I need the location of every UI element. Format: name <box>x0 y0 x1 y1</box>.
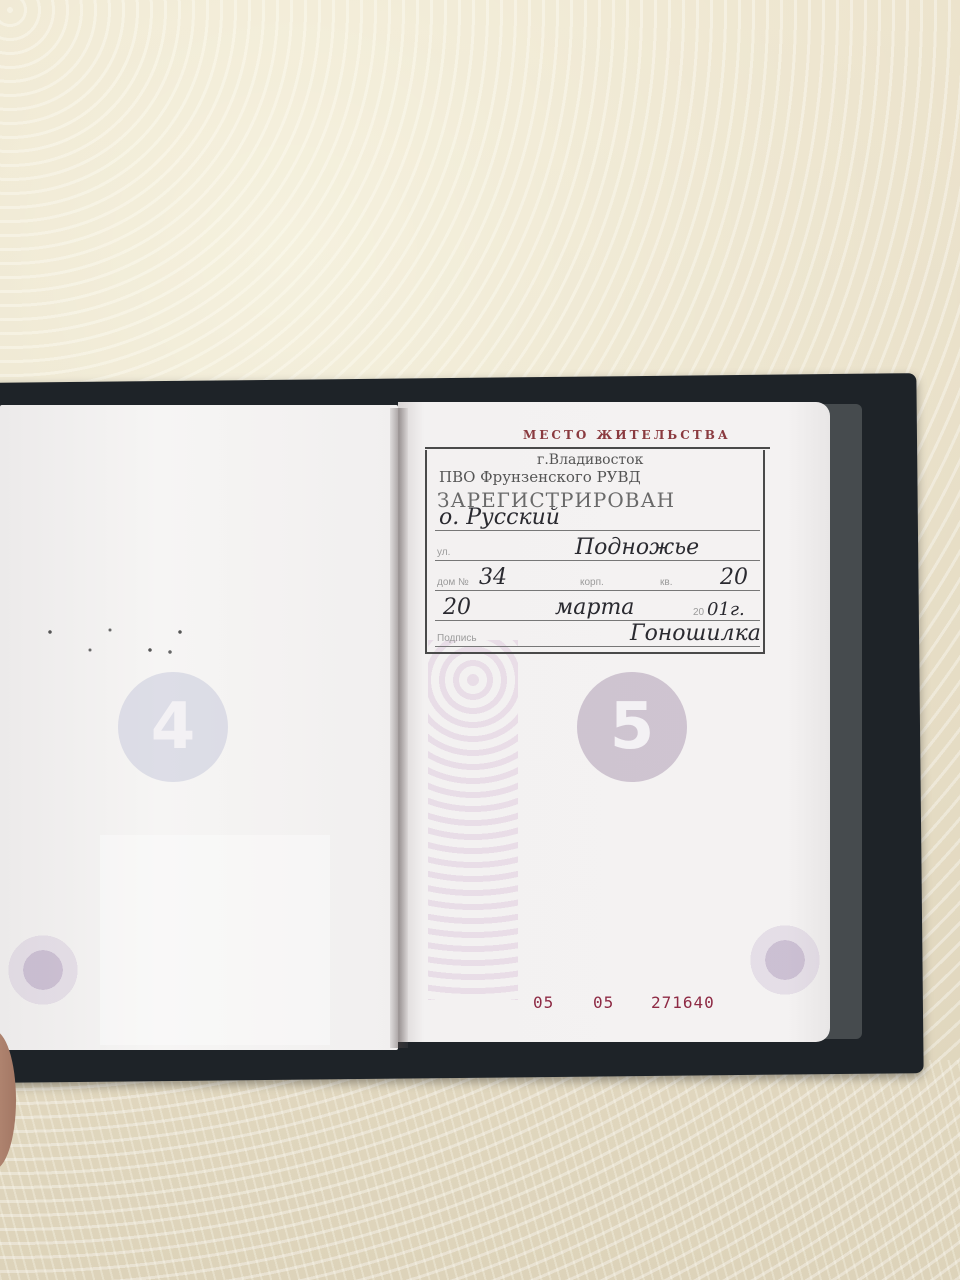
page-number-label: 4 <box>151 690 196 764</box>
ink-specks <box>30 620 270 660</box>
house-value: 34 <box>479 565 507 590</box>
field-street: ул. Подножье <box>435 536 760 561</box>
rosette-ornament-icon <box>750 925 820 995</box>
date-month: марта <box>555 595 634 620</box>
tablecloth-pattern <box>0 1060 960 1280</box>
field-locality: о. Русский <box>435 506 760 531</box>
year-suffix: 01г. <box>707 599 745 620</box>
street-value: Подножье <box>575 535 699 560</box>
year-prefix: 20 <box>693 607 704 618</box>
stamp-city: г.Владивосток <box>537 452 643 468</box>
street-label: ул. <box>437 547 450 558</box>
watermark-ornament <box>428 640 518 1000</box>
field-date: 20 марта 20 01г. <box>435 596 760 621</box>
page-gutter <box>390 408 408 1048</box>
page-number-5: 5 <box>577 672 687 782</box>
page-number-label: 5 <box>610 690 655 764</box>
field-signature: Подпись Гоношилка <box>435 622 760 647</box>
signature-label: Подпись <box>437 633 477 644</box>
apt-label: кв. <box>660 577 672 588</box>
field-house: дом № 34 корп. кв. 20 <box>435 566 760 591</box>
header-rule <box>425 447 770 449</box>
serial-part1: 05 <box>533 993 554 1012</box>
paper-patch <box>100 835 330 1045</box>
registration-stamp: г.Владивосток ПВО Фрунзенского РУВД ЗАРЕ… <box>425 450 765 654</box>
apt-value: 20 <box>720 565 748 590</box>
serial-part2: 05 <box>593 993 614 1012</box>
corp-label: корп. <box>580 577 604 588</box>
serial-number: 271640 <box>651 993 715 1012</box>
residence-header: МЕСТО ЖИТЕЛЬСТВА <box>523 428 731 442</box>
date-day: 20 <box>443 595 471 620</box>
page-number-4: 4 <box>118 672 228 782</box>
house-label: дом № <box>437 577 469 588</box>
stamp-office: ПВО Фрунзенского РУВД <box>439 468 641 486</box>
signature-value: Гоношилка <box>630 621 761 646</box>
rosette-ornament-icon <box>8 935 78 1005</box>
locality-value: о. Русский <box>439 505 560 530</box>
